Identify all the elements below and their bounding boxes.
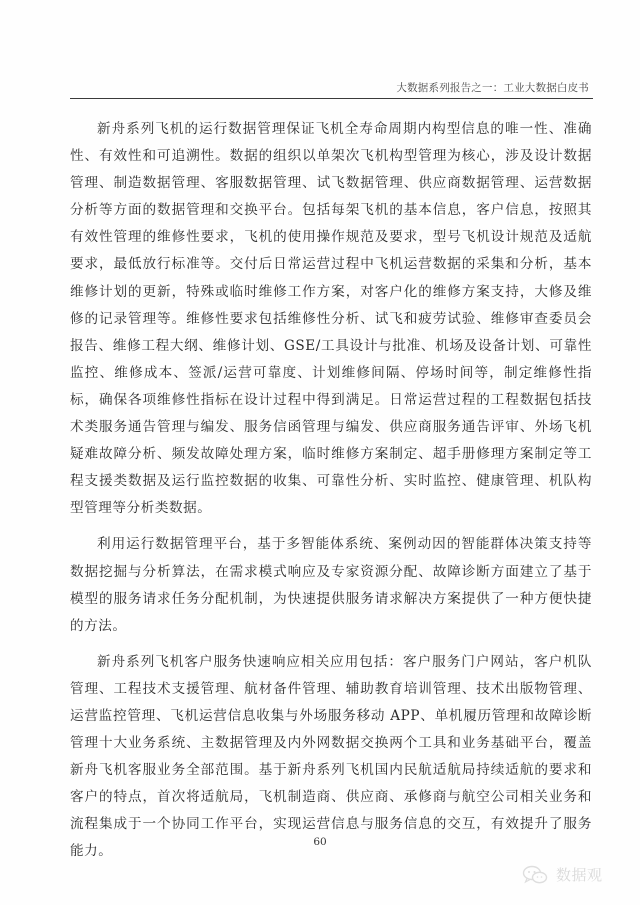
page-header: 大数据系列报告之一：工业大数据白皮书 [70, 78, 593, 99]
watermark: 数据观 [522, 864, 603, 885]
page-number: 60 [0, 836, 640, 848]
paragraph-customer-service-applications: 新舟系列飞机客户服务快速响应相关应用包括：客户服务门户网站，客户机队管理、工程技… [70, 649, 592, 866]
paragraph-operational-data-management: 新舟系列飞机的运行数据管理保证飞机全寿命周期内构型信息的唯一性、准确性、有效性和… [70, 116, 592, 522]
document-page: 大数据系列报告之一：工业大数据白皮书 新舟系列飞机的运行数据管理保证飞机全寿命周… [0, 0, 640, 905]
wechat-icon [522, 865, 548, 885]
paragraph-data-mining-platform: 利用运行数据管理平台，基于多智能体系统、案例动因的智能群体决策支持等数据挖掘与分… [70, 531, 592, 639]
body-text: 新舟系列飞机的运行数据管理保证飞机全寿命周期内构型信息的唯一性、准确性、有效性和… [70, 116, 592, 866]
header-title: 大数据系列报告之一：工业大数据白皮书 [396, 80, 589, 95]
watermark-text: 数据观 [556, 864, 603, 885]
